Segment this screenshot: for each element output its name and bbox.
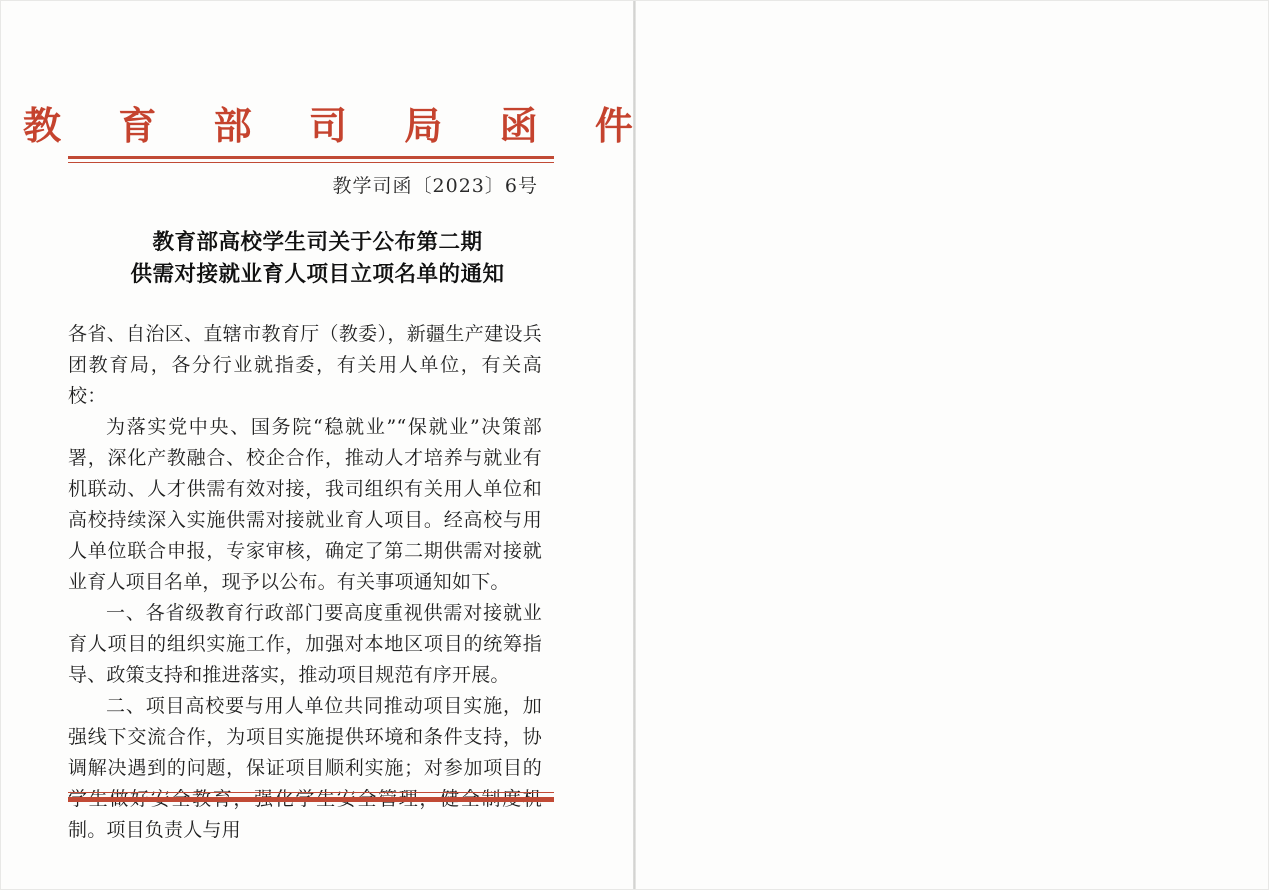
document-scan: 教 育 部 司 局 函 件 教学司函〔2023〕6号 教育部高校学生司关于公布第… (0, 0, 1269, 890)
footer-rule-thin (68, 792, 554, 793)
recipients-line: 各省、自治区、直辖市教育厅（教委），新疆生产建设兵团教育局，各分行业就指委，有关… (68, 319, 542, 412)
page-divider (633, 1, 636, 890)
letterhead-title: 教 育 部 司 局 函 件 (1, 95, 634, 150)
document-title-line-2: 供需对接就业育人项目立项名单的通知 (41, 259, 594, 291)
paragraph-intro: 为落实党中央、国务院“稳就业”“保就业”决策部署，深化产教融合、校企合作，推动人… (68, 412, 542, 598)
footer-rule-thick (68, 797, 554, 802)
page-1: 教 育 部 司 局 函 件 教学司函〔2023〕6号 教育部高校学生司关于公布第… (1, 1, 634, 890)
header-rule-thin (68, 162, 554, 163)
document-title-line-1: 教育部高校学生司关于公布第二期 (41, 227, 594, 259)
document-number: 教学司函〔2023〕6号 (68, 171, 538, 198)
page-2: 人单位要保持密切沟通联系，在合作协议约定时间内完成任务。 三、用人单位要按照协议… (637, 1, 1269, 890)
document-title: 教育部高校学生司关于公布第二期 供需对接就业育人项目立项名单的通知 (41, 227, 594, 291)
page-1-body: 各省、自治区、直辖市教育厅（教委），新疆生产建设兵团教育局，各分行业就指委，有关… (68, 319, 542, 846)
paragraph-item-1: 一、各省级教育行政部门要高度重视供需对接就业育人项目的组织实施工作，加强对本地区… (68, 598, 542, 691)
header-rule-thick (68, 156, 554, 159)
paragraph-item-2: 二、项目高校要与用人单位共同推动项目实施，加强线下交流合作，为项目实施提供环境和… (68, 691, 542, 846)
